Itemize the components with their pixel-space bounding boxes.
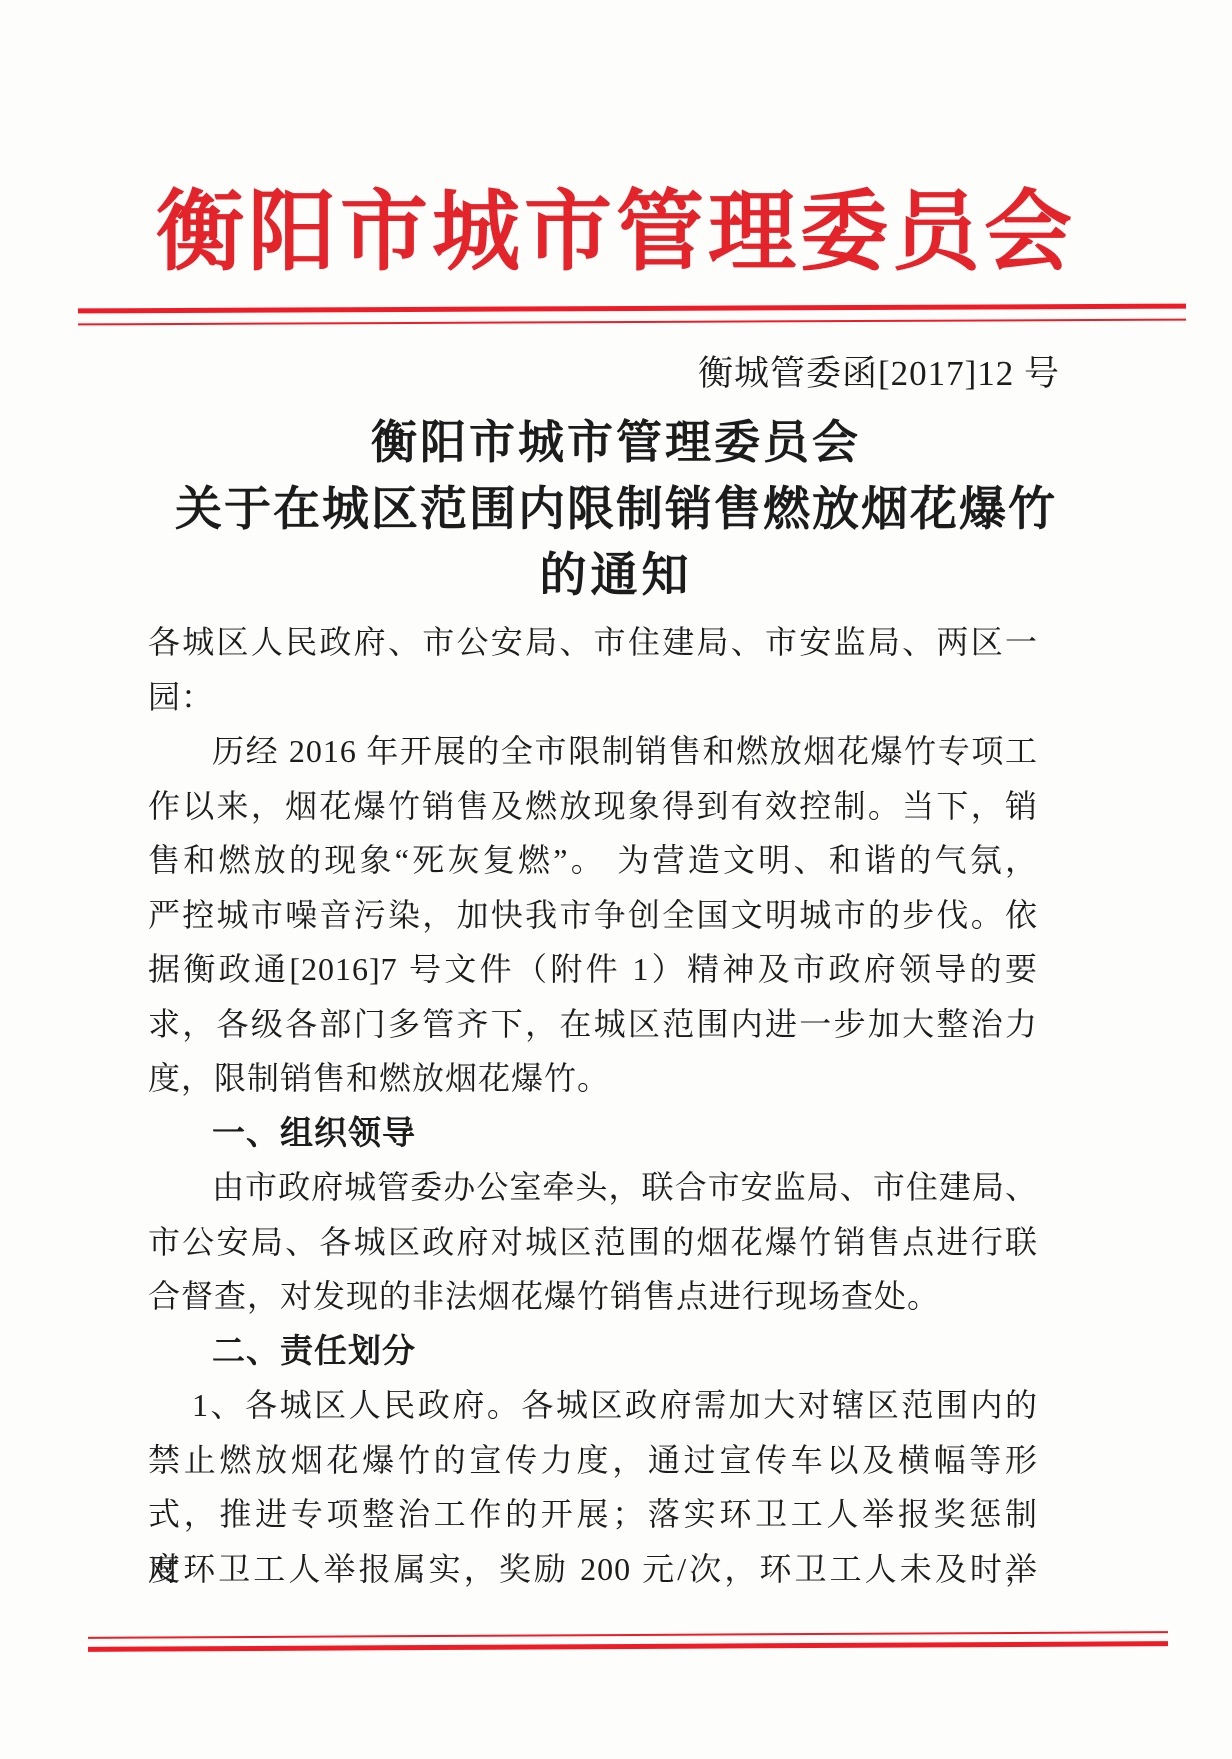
doc-title-line-2: 关于在城区范围内限制销售燃放烟花爆竹 xyxy=(0,482,1232,538)
section-heading-2: 二、责任划分 xyxy=(148,1324,1038,1379)
body-text: 各城区人民政府、市公安局、市住建局、市安监局、两区一 园： 历经 2016 年开… xyxy=(148,615,1038,1596)
body-line: 作以来，烟花爆竹销售及燃放现象得到有效控制。当下，销 xyxy=(148,779,1038,834)
document-page: 衡阳市城市管理委员会 衡城管委函[2017]12 号 衡阳市城市管理委员会 关于… xyxy=(0,0,1232,1759)
doc-title-line-1: 衡阳市城市管理委员会 xyxy=(0,416,1232,470)
body-line: 禁止燃放烟花爆竹的宣传力度，通过宣传车以及横幅等形 xyxy=(148,1433,1038,1488)
body-line: 式，推进专项整治工作的开展；落实环卫工人举报奖惩制度， xyxy=(148,1487,1038,1542)
body-line: 合督查，对发现的非法烟花爆竹销售点进行现场查处。 xyxy=(148,1269,1038,1324)
header-rule-thin xyxy=(78,319,1186,326)
body-line: 市公安局、各城区政府对城区范围的烟花爆竹销售点进行联 xyxy=(148,1215,1038,1270)
footer-rule-thick xyxy=(88,1641,1168,1652)
doc-title-line-3: 的通知 xyxy=(0,548,1232,604)
body-line: 严控城市噪音污染，加快我市争创全国文明城市的步伐。依 xyxy=(148,888,1038,943)
body-line: 1、各城区人民政府。各城区政府需加大对辖区范围内的 xyxy=(148,1378,1038,1433)
body-line: 由市政府城管委办公室牵头，联合市安监局、市住建局、 xyxy=(148,1160,1038,1215)
doc-number: 衡城管委函[2017]12 号 xyxy=(698,352,1060,396)
body-line: 据衡政通[2016]7 号文件（附件 1）精神及市政府领导的要 xyxy=(148,942,1038,997)
addressee-line: 园： xyxy=(148,670,1038,725)
header-rule-thick xyxy=(78,304,1186,314)
addressee-line: 各城区人民政府、市公安局、市住建局、市安监局、两区一 xyxy=(148,615,1038,670)
section-heading-1: 一、组织领导 xyxy=(148,1106,1038,1161)
body-line: 求，各级各部门多管齐下，在城区范围内进一步加大整治力 xyxy=(148,997,1038,1052)
body-line: 售和燃放的现象“死灰复燃”。 为营造文明、和谐的气氛， xyxy=(148,833,1038,888)
letterhead-title: 衡阳市城市管理委员会 xyxy=(0,180,1232,288)
body-line: 度，限制销售和燃放烟花爆竹。 xyxy=(148,1051,1038,1106)
footer-rule-thin xyxy=(88,1631,1168,1639)
body-line: 历经 2016 年开展的全市限制销售和燃放烟花爆竹专项工 xyxy=(148,724,1038,779)
body-line: 对环卫工人举报属实，奖励 200 元/次，环卫工人未及时举 xyxy=(148,1542,1038,1597)
